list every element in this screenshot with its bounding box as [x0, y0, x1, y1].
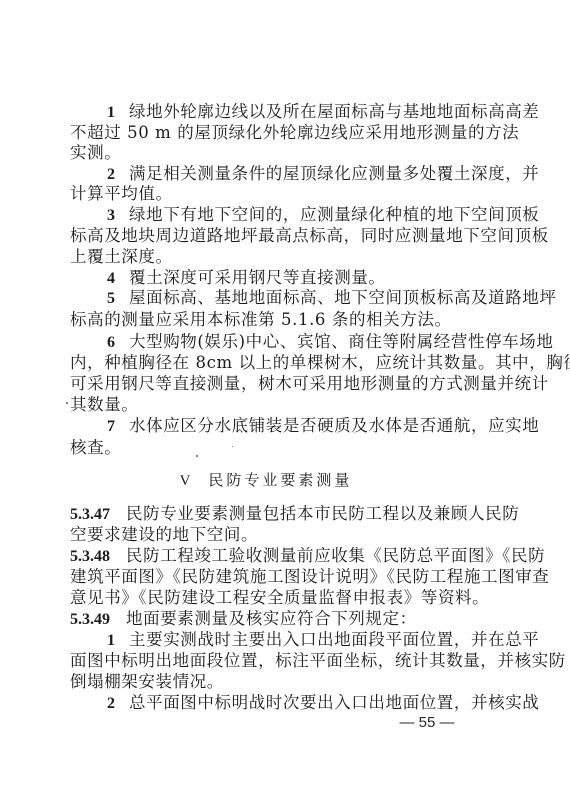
list-a-item-6-line-2: 内，种植胸径在 8cm 以上的单棵树木，应统计其数量。其中，胸径 — [70, 352, 462, 373]
list-a-item-1-line-1: 1绿地外轮廓边线以及所在屋面标高与基地地面标高高差 — [70, 101, 462, 122]
item-number: 1 — [107, 632, 115, 649]
item-number: 2 — [107, 695, 115, 712]
item-number: 6 — [107, 334, 115, 351]
list-a-item-3-line-1: 3绿地下有地下空间的，应测量绿化种植的地下空间顶板 — [70, 204, 462, 225]
list-a-item-6-line-3: 可采用钢尺等直接测量，树木可采用地形测量的方式测量并统计 — [70, 373, 462, 394]
list-a-item-1-line-2: 不超过 50 m 的屋顶绿化外轮廓边线应采用地形测量的方法 — [70, 122, 462, 143]
clause-5-3-47-line-1: 5.3.47民防专业要素测量包括本市民防工程以及兼顾人民防 — [70, 503, 462, 524]
clause-5-3-47-line-2: 空要求建设的地下空间。 — [70, 524, 462, 545]
item-number: 4 — [107, 270, 115, 287]
clause-number: 5.3.47 — [70, 506, 110, 523]
list-a-item-2-line-2: 计算平均值。 — [70, 183, 462, 204]
list-b-item-1-line-3: 倒塌棚架安装情况。 — [70, 671, 462, 692]
scan-speck — [196, 455, 198, 457]
section-title: 民防专业要素测量 — [208, 471, 352, 489]
item-number: 1 — [107, 104, 115, 121]
list-b-item-2-line-1: 2总平面图中标明战时次要出入口出地面位置，并核实战 — [70, 692, 462, 713]
list-a-item-7-line-1: 7水体应区分水底铺装是否硬质及水体是否通航，应实地 — [70, 415, 462, 436]
list-a-item-6-line-1: 6大型购物(娱乐)中心、宾馆、商住等附属经营性停车场地 — [70, 331, 462, 352]
scan-speck — [232, 446, 233, 447]
list-a-item-3-line-3: 上覆土深度。 — [70, 246, 462, 267]
clause-5-3-48-line-1: 5.3.48民防工程竣工验收测量前应收集《民防总平面图》《民防 — [70, 545, 462, 566]
item-number: 7 — [107, 418, 115, 435]
list-a-item-5-line-2: 标高的测量应采用本标准第 5.1.6 条的相关方法。 — [70, 309, 462, 330]
list-a-item-5-line-1: 5屋面标高、基地地面标高、地下空间顶板标高及道路地坪 — [70, 287, 462, 308]
clause-5-3-48-line-3: 意见书》《民防建设工程安全质量监督申报表》等资料。 — [70, 587, 462, 608]
clause-number: 5.3.49 — [70, 611, 110, 628]
item-number: 2 — [107, 166, 115, 183]
list-a-item-1-line-3: 实测。 — [70, 142, 462, 163]
clause-number: 5.3.48 — [70, 548, 110, 565]
section-numeral: V — [180, 473, 191, 489]
list-b-item-1-line-1: 1主要实测战时主要出入口出地面段平面位置，并在总平 — [70, 629, 462, 650]
list-a-item-7-line-2: 核查。 — [70, 437, 462, 458]
list-a-item-4-line-1: 4覆土深度可采用钢尺等直接测量。 — [70, 267, 462, 288]
list-b-item-1-line-2: 面图中标明出地面段位置，标注平面坐标，统计其数量，并核实防 — [70, 650, 462, 671]
item-number: 3 — [107, 207, 115, 224]
list-a-item-3-line-2: 标高及地块周边道路地坪最高点标高，同时应测量地下空间顶板 — [70, 225, 462, 246]
clause-5-3-49-line-1: 5.3.49地面要素测量及核实应符合下列规定： — [70, 608, 462, 629]
scan-speck — [66, 402, 68, 404]
section-heading: V民防专业要素测量 — [70, 470, 462, 492]
clause-5-3-48-line-2: 建筑平面图》《民防建筑施工图设计说明》《民防工程施工图审查 — [70, 566, 462, 587]
document-page: 1绿地外轮廓边线以及所在屋面标高与基地地面标高高差 不超过 50 m 的屋顶绿化… — [0, 0, 570, 804]
page-number: — 55 — — [394, 712, 460, 733]
list-a-item-2-line-1: 2满足相关测量条件的屋顶绿化应测量多处覆土深度，并 — [70, 163, 462, 184]
item-number: 5 — [107, 290, 115, 307]
list-a-item-6-line-4: 其数量。 — [70, 394, 462, 415]
